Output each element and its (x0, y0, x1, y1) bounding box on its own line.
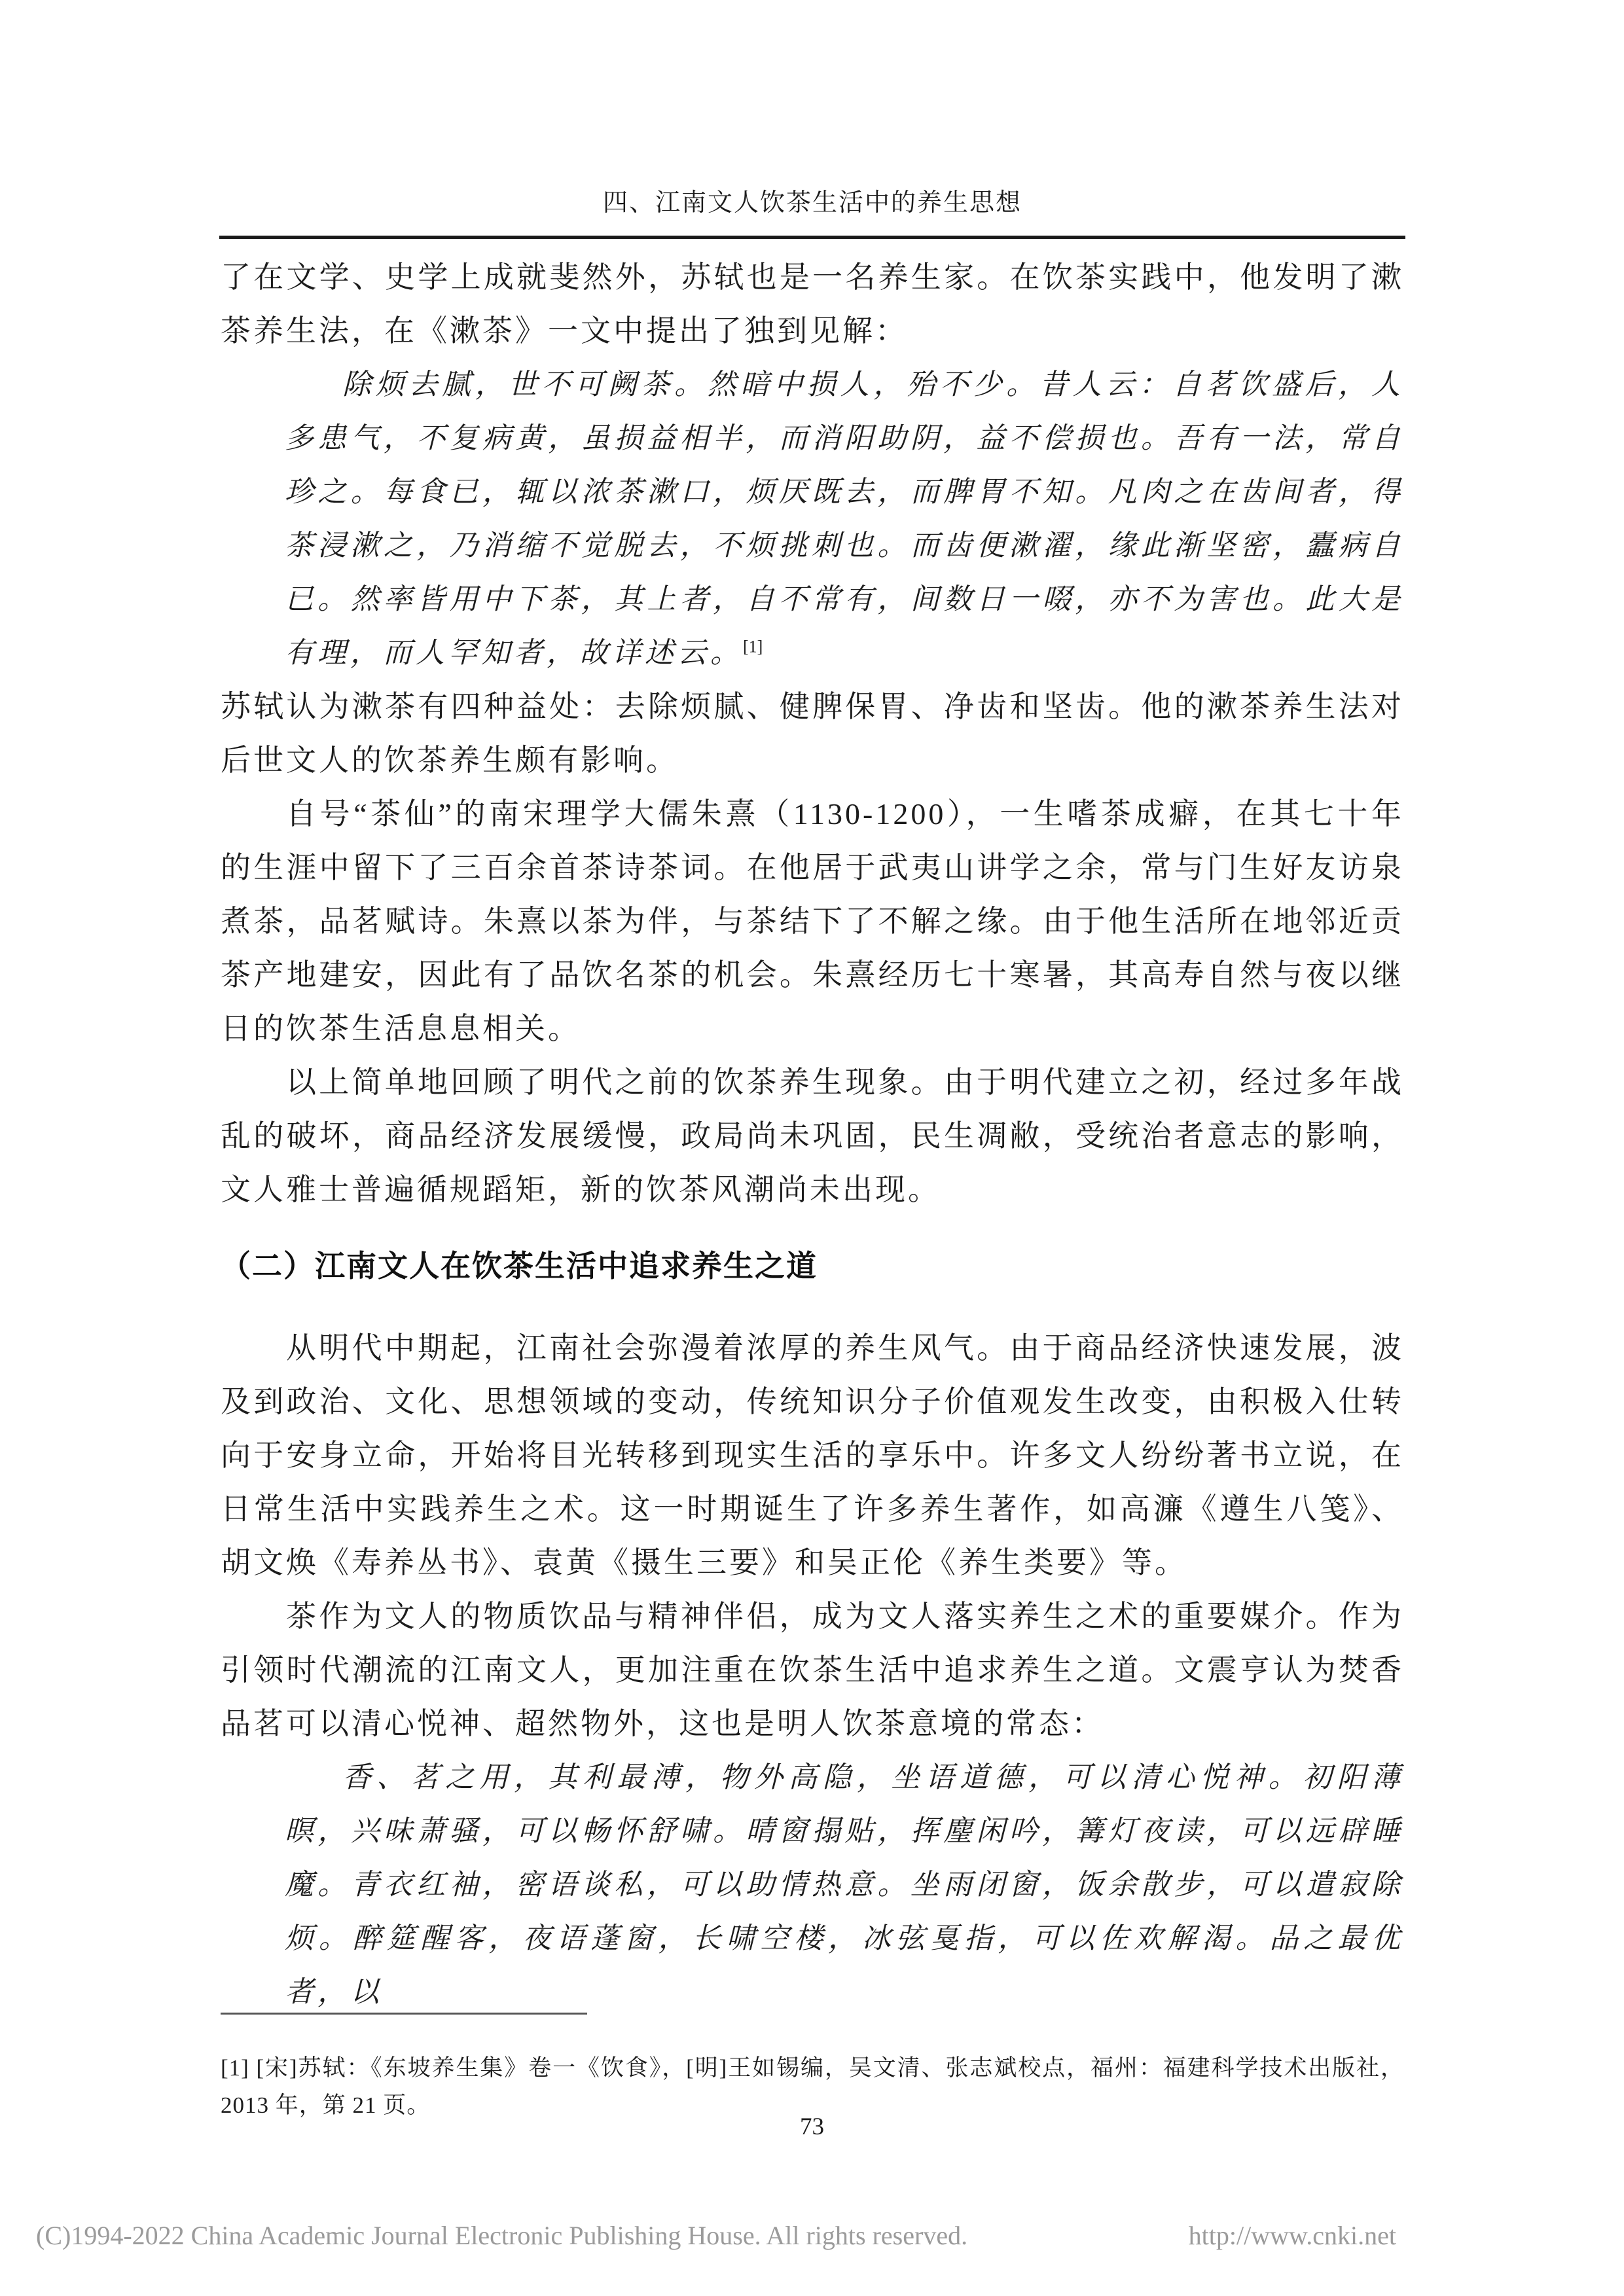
paragraph-sushi-intro: 了在文学、史学上成就斐然外，苏轼也是一名养生家。在饮茶实践中，他发明了漱茶养生法… (221, 251, 1404, 358)
running-head: 四、江南文人饮茶生活中的养生思想 (221, 182, 1404, 218)
cnki-copyright-bar: (C)1994-2022 China Academic Journal Elec… (36, 2220, 1396, 2251)
footnote-ref-1: [1] (743, 637, 763, 656)
blockquote-wenzhenheng: 香、茗之用，其利最溥，物外高隐，坐语道德，可以清心悦神。初阳薄暝，兴味萧骚，可以… (285, 1751, 1404, 2019)
main-text-block: 了在文学、史学上成就斐然外，苏轼也是一名养生家。在饮茶实践中，他发明了漱茶养生法… (221, 251, 1404, 2019)
cnki-url: http://www.cnki.net (1189, 2220, 1396, 2251)
document-page: { "header": { "title": "四、江南文人饮茶生活中的养生思想… (0, 0, 1624, 2296)
page-number: 73 (0, 2113, 1624, 2141)
paragraph-pre-ming-review: 以上简单地回顾了明代之前的饮茶养生现象。由于明代建立之初，经过多年战乱的破坏，商… (221, 1056, 1404, 1217)
footnote-separator (221, 2013, 587, 2015)
running-head-title: 四、江南文人饮茶生活中的养生思想 (603, 189, 1022, 217)
blockquote-shucha: 除烦去腻，世不可阙茶。然暗中损人，殆不少。昔人云：自茗饮盛后，人多患气，不复病黄… (285, 358, 1404, 680)
header-rule-divider (219, 236, 1405, 239)
paragraph-zhuxi: 自号“茶仙”的南宋理学大儒朱熹（1130-1200），一生嗜茶成癖，在其七十年的… (221, 787, 1404, 1056)
paragraph-tea-as-medium: 茶作为文人的物质饮品与精神伴侣，成为文人落实养生之术的重要媒介。作为引领时代潮流… (221, 1590, 1404, 1751)
paragraph-yangsheng-atmosphere: 从明代中期起，江南社会弥漫着浓厚的养生风气。由于商品经济快速发展，波及到政治、文… (221, 1321, 1404, 1590)
blockquote-shucha-text: 除烦去腻，世不可阙茶。然暗中损人，殆不少。昔人云：自茗饮盛后，人多患气，不复病黄… (285, 368, 1404, 669)
paragraph-four-benefits: 苏轼认为漱茶有四种益处：去除烦腻、健脾保胃、净齿和坚齿。他的漱茶养生法对后世文人… (221, 680, 1404, 787)
copyright-text: (C)1994-2022 China Academic Journal Elec… (36, 2220, 967, 2251)
section-heading-two: （二）江南文人在饮茶生活中追求养生之道 (221, 1246, 1404, 1285)
